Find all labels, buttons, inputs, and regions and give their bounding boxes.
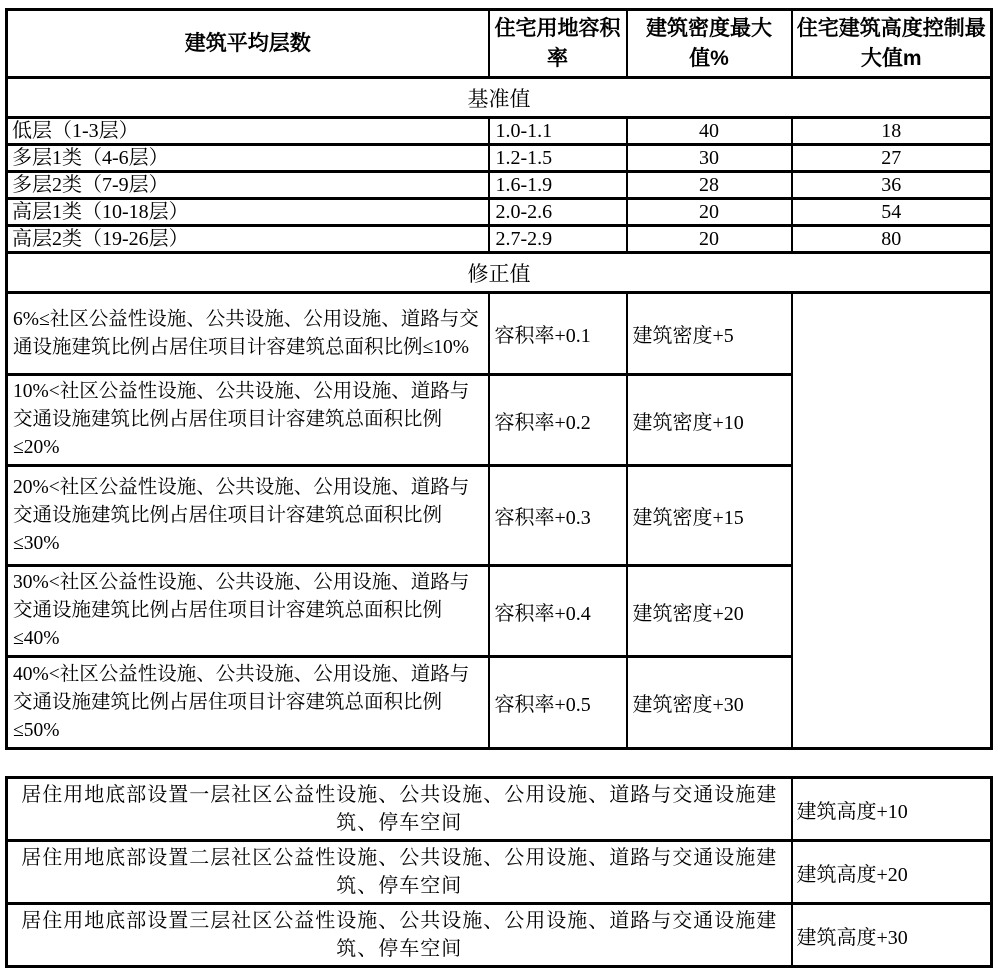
section-title-modifier: 修正值 — [7, 253, 992, 293]
bonus-condition-cell: 居住用地底部设置三层社区公益性设施、公共设施、公用设施、道路与交通设施建筑、停车… — [7, 904, 792, 967]
height-value: 36 — [792, 172, 992, 199]
modifier-row: 6%≤社区公益性设施、公共设施、公用设施、道路与交通设施建筑比例占居住项目计容建… — [7, 293, 992, 375]
far-adjustment: 容积率+0.3 — [489, 466, 627, 566]
bonus-condition-cell: 居住用地底部设置二层社区公益性设施、公共设施、公用设施、道路与交通设施建筑、停车… — [7, 841, 792, 904]
condition-cell: 30%<社区公益性设施、公共设施、公用设施、道路与交通设施建筑比例占居住项目计容… — [7, 566, 489, 657]
row-label: 高层2类（19-26层） — [7, 226, 489, 253]
condition-cell: 20%<社区公益性设施、公共设施、公用设施、道路与交通设施建筑比例占居住项目计容… — [7, 466, 489, 566]
bonus-condition-cell: 居住用地底部设置一层社区公益性设施、公共设施、公用设施、道路与交通设施建筑、停车… — [7, 778, 792, 841]
height-value: 18 — [792, 118, 992, 145]
planning-standards-table: 建筑平均层数 住宅用地容积率 建筑密度最大值% 住宅建筑高度控制最大值m 基准值… — [5, 8, 993, 750]
density-value: 20 — [627, 226, 792, 253]
height-value: 80 — [792, 226, 992, 253]
bonus-row: 居住用地底部设置一层社区公益性设施、公共设施、公用设施、道路与交通设施建筑、停车… — [7, 778, 992, 841]
far-value: 2.7-2.9 — [489, 226, 627, 253]
far-adjustment: 容积率+0.5 — [489, 657, 627, 749]
height-value: 27 — [792, 145, 992, 172]
table-row: 多层1类（4-6层） 1.2-1.5 30 27 — [7, 145, 992, 172]
density-adjustment: 建筑密度+15 — [627, 466, 792, 566]
height-bonus-value: 建筑高度+20 — [792, 841, 992, 904]
height-bonus-table: 居住用地底部设置一层社区公益性设施、公共设施、公用设施、道路与交通设施建筑、停车… — [5, 776, 993, 968]
far-adjustment: 容积率+0.2 — [489, 375, 627, 466]
bonus-row: 居住用地底部设置二层社区公益性设施、公共设施、公用设施、道路与交通设施建筑、停车… — [7, 841, 992, 904]
header-cell-height-max: 住宅建筑高度控制最大值m — [792, 10, 992, 78]
density-value: 28 — [627, 172, 792, 199]
table-row: 低层（1-3层） 1.0-1.1 40 18 — [7, 118, 992, 145]
condition-cell: 40%<社区公益性设施、公共设施、公用设施、道路与交通设施建筑比例占居住项目计容… — [7, 657, 489, 749]
density-value: 40 — [627, 118, 792, 145]
condition-cell: 10%<社区公益性设施、公共设施、公用设施、道路与交通设施建筑比例占居住项目计容… — [7, 375, 489, 466]
empty-merged-cell — [792, 293, 992, 749]
table-row: 高层2类（19-26层） 2.7-2.9 20 80 — [7, 226, 992, 253]
far-value: 1.0-1.1 — [489, 118, 627, 145]
row-label: 高层1类（10-18层） — [7, 199, 489, 226]
table-row: 多层2类（7-9层） 1.6-1.9 28 36 — [7, 172, 992, 199]
density-adjustment: 建筑密度+30 — [627, 657, 792, 749]
height-bonus-value: 建筑高度+30 — [792, 904, 992, 967]
density-value: 30 — [627, 145, 792, 172]
header-row: 建筑平均层数 住宅用地容积率 建筑密度最大值% 住宅建筑高度控制最大值m — [7, 10, 992, 78]
far-value: 1.6-1.9 — [489, 172, 627, 199]
document-page: 建筑平均层数 住宅用地容积率 建筑密度最大值% 住宅建筑高度控制最大值m 基准值… — [0, 0, 995, 961]
density-value: 20 — [627, 199, 792, 226]
density-adjustment: 建筑密度+20 — [627, 566, 792, 657]
table-row: 高层1类（10-18层） 2.0-2.6 20 54 — [7, 199, 992, 226]
far-adjustment: 容积率+0.4 — [489, 566, 627, 657]
density-adjustment: 建筑密度+10 — [627, 375, 792, 466]
far-adjustment: 容积率+0.1 — [489, 293, 627, 375]
section-row-base: 基准值 — [7, 78, 992, 118]
density-adjustment: 建筑密度+5 — [627, 293, 792, 375]
header-cell-density-max: 建筑密度最大值% — [627, 10, 792, 78]
height-value: 54 — [792, 199, 992, 226]
height-bonus-value: 建筑高度+10 — [792, 778, 992, 841]
bonus-row: 居住用地底部设置三层社区公益性设施、公共设施、公用设施、道路与交通设施建筑、停车… — [7, 904, 992, 967]
header-cell-far: 住宅用地容积率 — [489, 10, 627, 78]
section-title-base: 基准值 — [7, 78, 992, 118]
header-cell-avg-floors: 建筑平均层数 — [7, 10, 489, 78]
row-label: 多层2类（7-9层） — [7, 172, 489, 199]
section-row-modifier: 修正值 — [7, 253, 992, 293]
row-label: 低层（1-3层） — [7, 118, 489, 145]
condition-cell: 6%≤社区公益性设施、公共设施、公用设施、道路与交通设施建筑比例占居住项目计容建… — [7, 293, 489, 375]
row-label: 多层1类（4-6层） — [7, 145, 489, 172]
far-value: 1.2-1.5 — [489, 145, 627, 172]
far-value: 2.0-2.6 — [489, 199, 627, 226]
